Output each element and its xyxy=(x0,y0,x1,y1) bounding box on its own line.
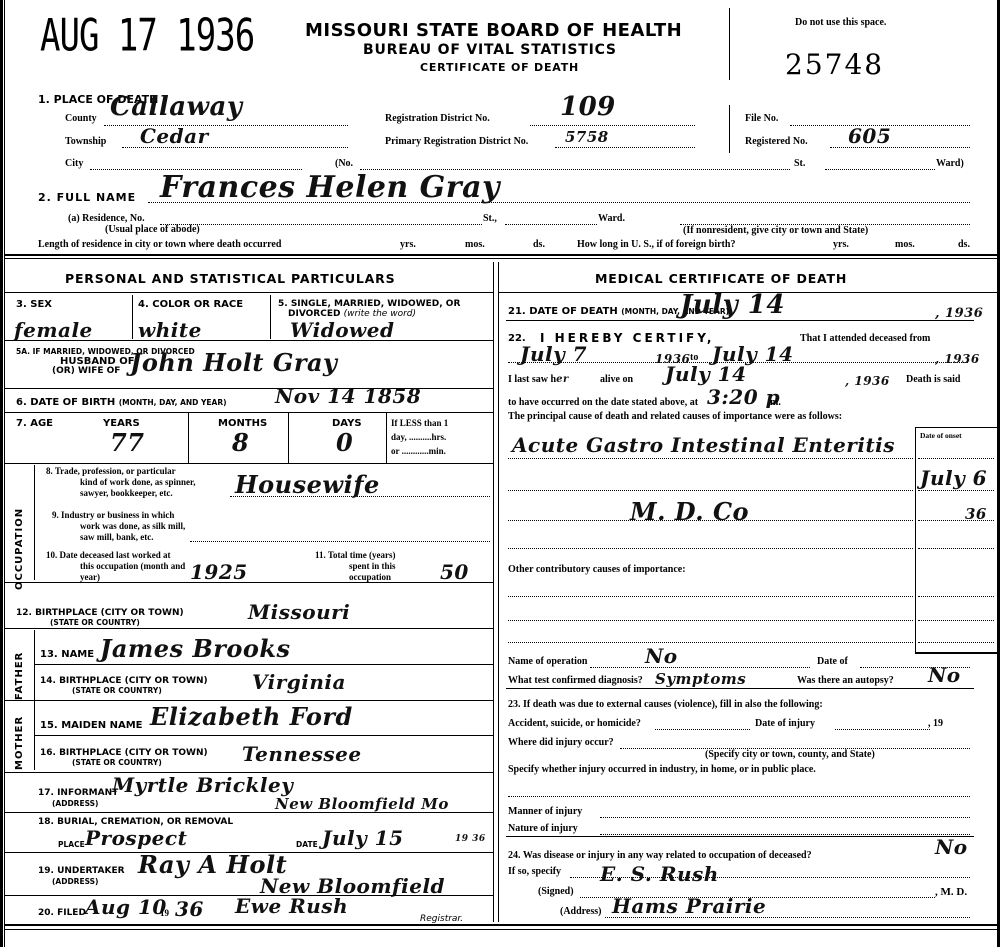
nonresident-note: (If nonresident, give city or town and S… xyxy=(683,225,868,236)
certificate-number: 25748 xyxy=(785,48,884,81)
autopsy-label: Was there an autopsy? xyxy=(797,675,894,686)
father-side-label: FATHER xyxy=(14,636,25,700)
death-is-said: Death is said xyxy=(906,374,960,385)
filed-year-value: 36 xyxy=(175,897,204,921)
physician-address-label: (Address) xyxy=(560,906,601,917)
file-number-label: File No. xyxy=(745,113,778,124)
dob-value: Nov 14 1858 xyxy=(275,384,421,408)
wife-of-label: (OR) WIFE OF xyxy=(52,366,120,376)
city-label: City xyxy=(65,158,83,169)
marital-status-value: Widowed xyxy=(290,318,394,342)
mother-maiden-name-value: Elizabeth Ford xyxy=(150,702,353,731)
undertaker-label: 19. UNDERTAKER xyxy=(38,866,125,876)
operation-value: No xyxy=(645,644,678,668)
mother-side-label: MOTHER xyxy=(14,706,25,770)
city-street-label: St. xyxy=(794,158,805,169)
age-months-value: 8 xyxy=(232,428,249,457)
trade-label: 8. Trade, profession, or particular kind… xyxy=(46,466,195,499)
manner-of-injury-label: Manner of injury xyxy=(508,806,582,817)
informant-value: Myrtle Brickley xyxy=(112,773,293,797)
filed-label: 20. FILED xyxy=(38,908,86,918)
informant-label: 17. INFORMANT xyxy=(38,788,118,798)
page-border-left xyxy=(0,0,5,947)
form-subtitle: BUREAU OF VITAL STATISTICS xyxy=(363,42,617,58)
birthplace-value: Missouri xyxy=(248,600,350,624)
certificate-type: CERTIFICATE OF DEATH xyxy=(420,61,579,74)
accident-label: Accident, suicide, or homicide? xyxy=(508,718,641,729)
residence-mos-label: mos. xyxy=(465,239,485,250)
registration-district-label: Registration District No. xyxy=(385,113,490,124)
date-of-death-year: , 1936 xyxy=(935,306,983,321)
onset-label: Date of onset xyxy=(920,431,962,440)
received-date-stamp: AUG 17 1936 xyxy=(40,10,254,62)
personal-heading: PERSONAL AND STATISTICAL PARTICULARS xyxy=(65,271,395,286)
county-label: County xyxy=(65,113,97,124)
occupation-related-label: 24. Was disease or injury in any way rel… xyxy=(508,850,812,861)
cause-intro: The principal cause of death and related… xyxy=(508,411,842,422)
alive-on-value: July 14 xyxy=(665,362,747,386)
filed-year-label: 19 xyxy=(160,908,169,918)
operation-date-label: Date of xyxy=(817,656,848,667)
injury-where-label: Where did injury occur? xyxy=(508,737,614,748)
total-time-label: 11. Total time (years) spent in this occ… xyxy=(315,550,396,583)
mother-birthplace-value: Tennessee xyxy=(242,742,362,766)
foreign-ds-label: ds. xyxy=(958,239,970,250)
sex-value: female xyxy=(14,318,93,342)
test-value: Symptoms xyxy=(655,670,746,688)
length-residence-label: Length of residence in city or town wher… xyxy=(38,239,281,250)
signed-label: (Signed) xyxy=(538,886,574,897)
header-divider xyxy=(729,8,730,80)
less-than-day-label: If LESS than 1 xyxy=(391,418,448,428)
industry-label: 9. Industry or business in which work wa… xyxy=(52,510,185,543)
birthplace-sub: (STATE OR COUNTRY) xyxy=(50,618,140,627)
date-of-death-value: July 14 xyxy=(680,290,785,320)
physician-mark: M. D. Co xyxy=(630,497,749,526)
occurred-label: to have occurred on the date stated abov… xyxy=(508,397,698,408)
marital-status-label: 5. SINGLE, MARRIED, WIDOWED, OR xyxy=(278,299,460,309)
external-causes-label: 23. If death was due to external causes … xyxy=(508,699,823,710)
informant-sub: (ADDRESS) xyxy=(52,799,98,808)
time-suffix: m. xyxy=(770,397,781,408)
specify-where-label: Specify whether injury occurred in indus… xyxy=(508,764,816,775)
primary-registration-label: Primary Registration District No. xyxy=(385,136,528,147)
full-name-label: 2. FULL NAME xyxy=(38,191,136,204)
mother-birthplace-label: 16. BIRTHPLACE (CITY OR TOWN) xyxy=(40,748,208,758)
last-worked-label: 10. Date deceased last worked at this oc… xyxy=(46,550,185,583)
filed-value: Aug 10 xyxy=(85,895,167,919)
registrar-label: Registrar. xyxy=(420,914,463,924)
residence-ward-label: Ward. xyxy=(598,213,625,224)
primary-registration-value: 5758 xyxy=(565,128,609,146)
trade-value: Housewife xyxy=(235,470,380,499)
age-days-value: 0 xyxy=(336,428,353,457)
principal-cause-value: Acute Gastro Intestinal Enteritis xyxy=(512,433,895,457)
office-use-note: Do not use this space. xyxy=(795,17,886,28)
nature-of-injury-label: Nature of injury xyxy=(508,823,578,834)
father-name-value: James Brooks xyxy=(100,634,291,663)
physician-signature: E. S. Rush xyxy=(600,862,719,886)
mother-birthplace-sub: (STATE OR COUNTRY) xyxy=(72,758,162,767)
date-of-death-label: 21. DATE OF DEATH xyxy=(508,306,618,317)
contributory-label: Other contributory causes of importance: xyxy=(508,564,686,575)
dob-note: (MONTH, DAY, AND YEAR) xyxy=(119,398,227,407)
county-value: Callaway xyxy=(110,92,242,122)
race-label: 4. COLOR OR RACE xyxy=(138,299,243,310)
last-saw-label: I last saw h xyxy=(508,374,556,385)
autopsy-value: No xyxy=(928,663,961,687)
alive-on-label: alive on xyxy=(600,374,633,385)
burial-date-value: July 15 xyxy=(322,826,404,850)
registered-number-label: Registered No. xyxy=(745,136,808,147)
birthplace-label: 12. BIRTHPLACE (CITY OR TOWN) xyxy=(16,608,184,618)
occupation-side-label: OCCUPATION xyxy=(14,480,25,590)
residence-yrs-label: yrs. xyxy=(400,239,416,250)
informant-address: New Bloomfield Mo xyxy=(275,795,449,813)
township-value: Cedar xyxy=(140,124,209,148)
residence-street-label: St., xyxy=(483,213,497,224)
burial-place-label: PLACE xyxy=(58,840,85,849)
less-than-day-min: or ............min. xyxy=(391,446,446,456)
residence-ds-label: ds. xyxy=(533,239,545,250)
burial-year: 19 36 xyxy=(455,834,486,844)
onset-year-value: 36 xyxy=(965,505,987,523)
foreign-yrs-label: yrs. xyxy=(833,239,849,250)
foreign-mos-label: mos. xyxy=(895,239,915,250)
registrar-signature: Ewe Rush xyxy=(235,894,348,918)
occupation-related-value: No xyxy=(935,835,968,859)
attended-from-value: July 7 xyxy=(520,342,587,366)
less-than-day-hrs: day, ..........hrs. xyxy=(391,432,446,442)
father-birthplace-value: Virginia xyxy=(252,670,346,694)
mother-maiden-name-label: 15. MAIDEN NAME xyxy=(40,720,142,731)
father-birthplace-sub: (STATE OR COUNTRY) xyxy=(72,686,162,695)
last-worked-value: 1925 xyxy=(190,560,248,584)
race-value: white xyxy=(138,318,202,342)
city-ward-label: Ward) xyxy=(936,158,964,169)
spouse-value: John Holt Gray xyxy=(130,348,338,377)
father-birthplace-label: 14. BIRTHPLACE (CITY OR TOWN) xyxy=(40,676,208,686)
residence-label: (a) Residence, No. xyxy=(68,213,145,224)
alive-on-year: , 1936 xyxy=(845,374,890,388)
full-name-value: Frances Helen Gray xyxy=(160,170,500,205)
last-saw-value: er xyxy=(556,374,569,385)
injury-year-label: , 19 xyxy=(928,718,943,729)
foreign-birth-label: How long in U. S., if of foreign birth? xyxy=(577,239,735,250)
specify-location-note: (Specify city or town, county, and State… xyxy=(705,749,875,760)
age-years-value: 77 xyxy=(110,428,144,457)
registered-number-value: 605 xyxy=(848,124,891,148)
test-label: What test confirmed diagnosis? xyxy=(508,675,643,686)
dob-label: 6. DATE OF BIRTH xyxy=(16,397,115,408)
physician-address-value: Hams Prairie xyxy=(612,894,766,918)
md-label: , M. D. xyxy=(935,886,967,898)
burial-date-label: DATE xyxy=(296,840,318,849)
operation-label: Name of operation xyxy=(508,656,587,667)
undertaker-sub: (ADDRESS) xyxy=(52,877,98,886)
father-name-label: 13. NAME xyxy=(40,649,94,660)
column-divider xyxy=(493,262,494,922)
if-so-specify-label: If so, specify xyxy=(508,866,561,877)
total-time-value: 50 xyxy=(440,560,469,584)
medical-heading: MEDICAL CERTIFICATE OF DEATH xyxy=(595,271,847,286)
usual-abode-note: (Usual place of abode) xyxy=(105,224,200,235)
city-number-label: (No. xyxy=(335,158,353,169)
age-label: 7. AGE xyxy=(16,418,53,429)
form-title: MISSOURI STATE BOARD OF HEALTH xyxy=(305,20,682,41)
burial-place-value: Prospect xyxy=(85,826,187,850)
onset-value: July 6 xyxy=(920,466,987,490)
sex-label: 3. SEX xyxy=(16,299,52,310)
registration-district-value: 109 xyxy=(560,92,616,122)
injury-date-label: Date of injury xyxy=(755,718,815,729)
township-label: Township xyxy=(65,136,106,147)
certify-text: That I attended deceased from xyxy=(800,333,930,344)
attended-to-year: , 1936 xyxy=(935,352,980,366)
